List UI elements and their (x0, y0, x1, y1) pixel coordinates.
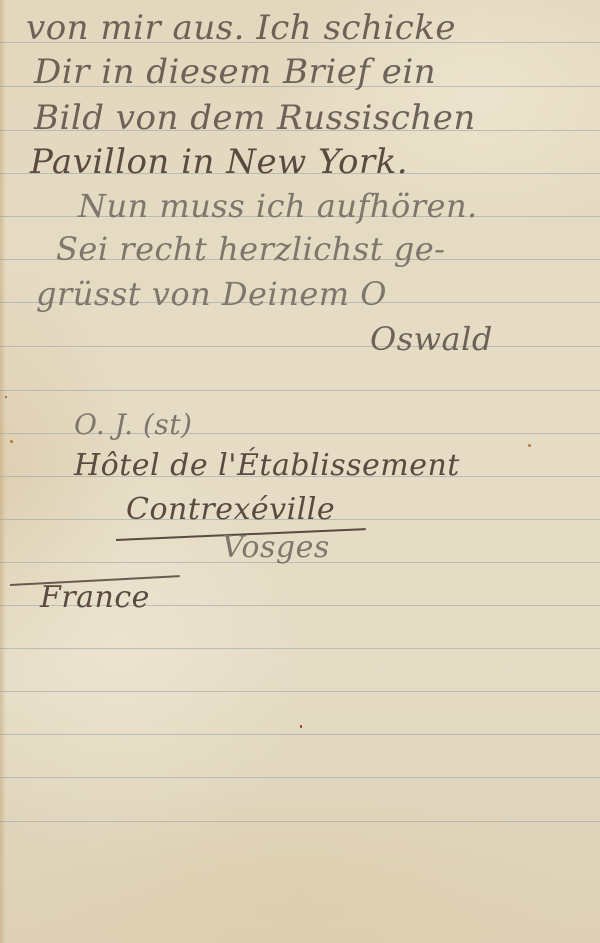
letter-line-3: Bild von dem Russischen (34, 98, 476, 138)
paper-stain (528, 444, 531, 447)
signature: Oswald (370, 320, 493, 358)
letter-line-1: von mir aus. Ich schicke (26, 8, 456, 48)
address-line-4: Vosges (222, 530, 330, 565)
letter-line-7: grüsst von Deinem O (36, 275, 387, 313)
address-line-3: Contrexéville (126, 492, 335, 527)
paper-stain (300, 725, 302, 728)
ruled-line (0, 390, 600, 391)
ruled-line (0, 346, 600, 347)
letter-page: von mir aus. Ich schicke Dir in diesem B… (0, 0, 600, 943)
ruled-line (0, 648, 600, 649)
ruled-line (0, 734, 600, 735)
letter-line-4: Pavillon in New York. (30, 142, 408, 182)
paper-edge-shadow (0, 0, 6, 943)
ruled-line (0, 821, 600, 822)
address-line-5: France (40, 580, 150, 615)
letter-line-5: Nun muss ich aufhören. (78, 187, 478, 225)
ruled-line (0, 691, 600, 692)
paper-stain (5, 396, 7, 398)
letter-line-6: Sei recht herzlichst ge- (56, 230, 445, 268)
ruled-line (0, 777, 600, 778)
address-line-1: O. J. (st) (74, 408, 192, 441)
letter-line-2: Dir in diesem Brief ein (34, 52, 436, 92)
paper-stain (10, 440, 13, 443)
address-line-2: Hôtel de l'Établissement (74, 448, 460, 483)
